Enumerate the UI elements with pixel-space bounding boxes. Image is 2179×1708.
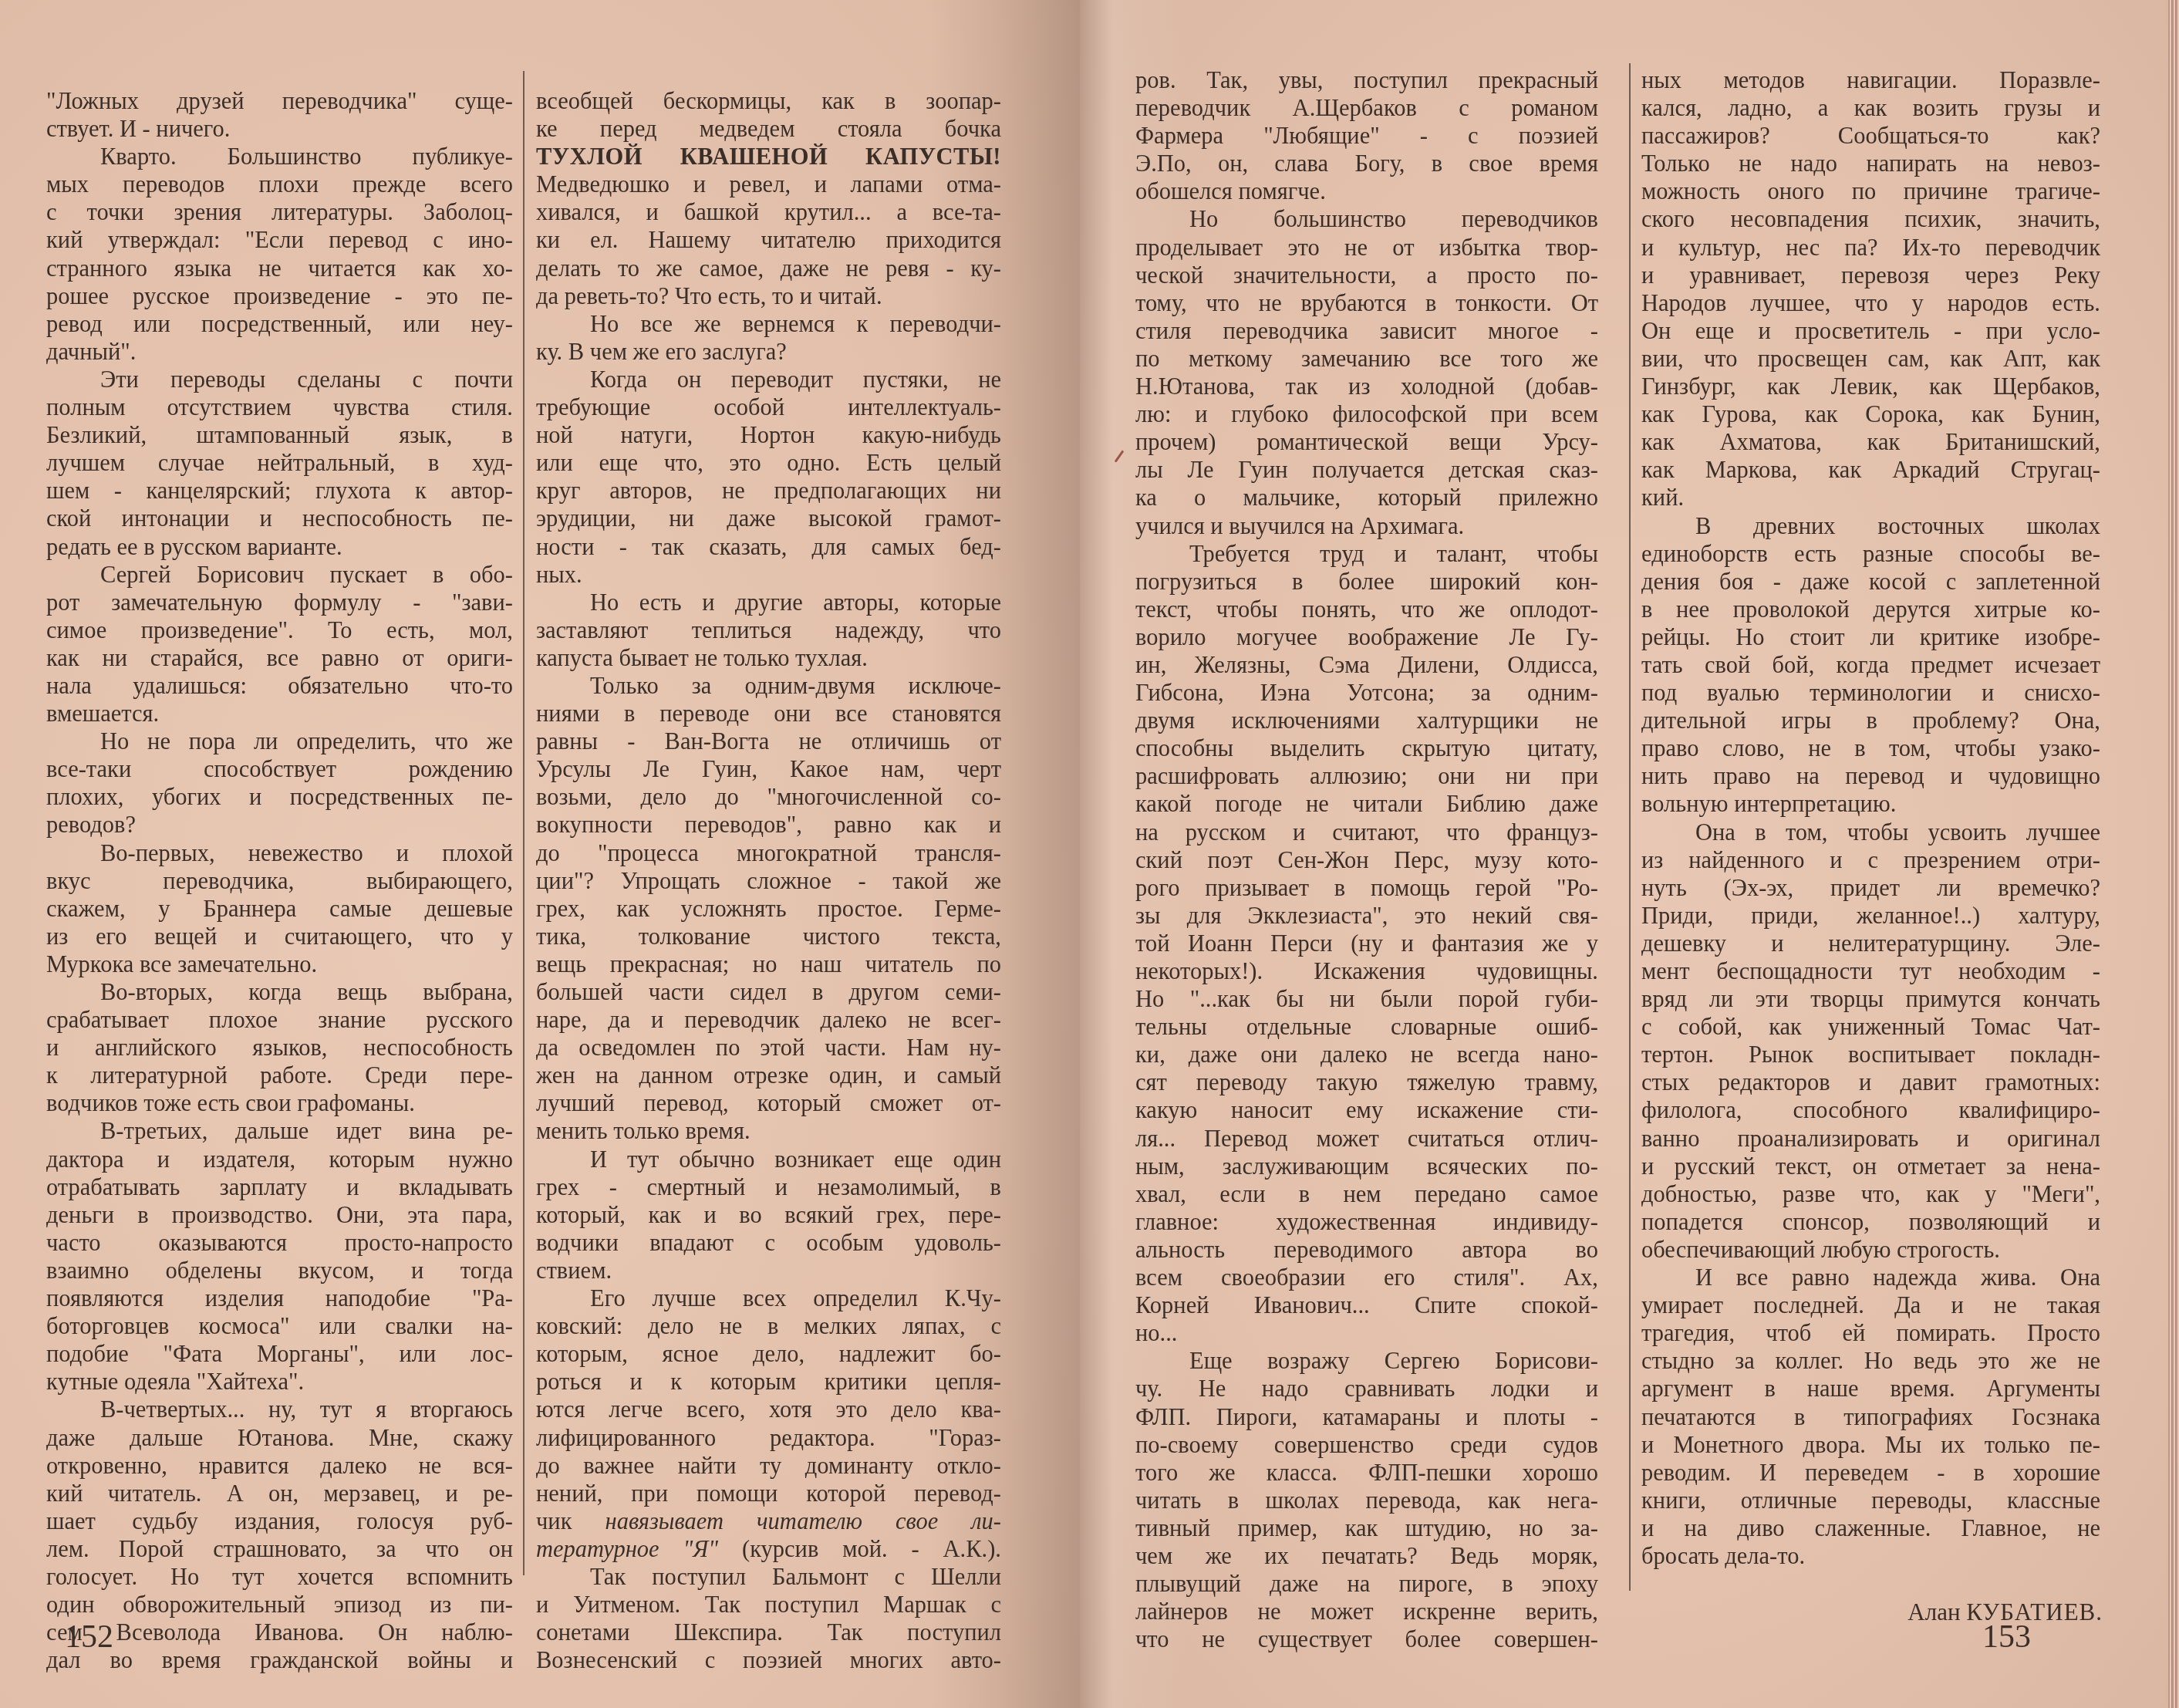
text-line: вряд ли эти творцы примутся кончать <box>1641 985 2100 1013</box>
text-line: альность переводимого автора во <box>1135 1236 1598 1264</box>
text-line: отрабатывать зарплату и вкладывать <box>46 1173 513 1201</box>
text-line: пассажиров? Сообщаться-то как? <box>1641 122 2100 150</box>
text-column-4: ных методов навигации. Поразвле-кался, л… <box>1641 66 2100 1570</box>
text-line: лучшем случае нейтральный, в худ- <box>46 449 513 477</box>
text-line: и Уитменом. Так поступил Маршак с <box>536 1591 1001 1619</box>
text-line: нуть (Эх-эх, придет ли времечко? <box>1641 874 2100 902</box>
text-line: Н.Ютанова, так из холодной (добав- <box>1135 373 1598 400</box>
author-first-name: Алан <box>1907 1598 1960 1625</box>
text-line: право слово, не в том, чтобы узако- <box>1641 734 2100 762</box>
text-line: под вуалью терминологии и снисхо- <box>1641 679 2100 707</box>
text-line: которым, ясное дело, надлежит бо- <box>536 1340 1001 1368</box>
text-line: вольную интерпретацию. <box>1641 790 2100 818</box>
text-line: возьми, дело до "многочисленной со- <box>536 783 1001 811</box>
text-line: в нее проволокой дерутся хитрые ко- <box>1641 596 2100 623</box>
text-line: сем Всеволода Иванова. Он наблю- <box>46 1619 513 1646</box>
text-line: ности - так сказать, для самых бед- <box>536 533 1001 561</box>
text-line: и на диво слаженные. Главное, не <box>1641 1514 2100 1542</box>
text-line: до важнее найти ту доминанту откло- <box>536 1452 1001 1480</box>
text-line: с собой, как униженный Томас Чат- <box>1641 1013 2100 1041</box>
text-line: лем. Порой страшновато, за что он <box>46 1535 513 1563</box>
text-line: ского несовпадения психик, значить, <box>1641 205 2100 233</box>
text-line: ствием. <box>536 1257 1001 1284</box>
text-line: Но есть и другие авторы, которые <box>536 589 1001 616</box>
text-line: погрузиться в более широкий кон- <box>1135 568 1598 596</box>
text-line: лы Ле Гуин получается детская сказ- <box>1135 456 1598 484</box>
text-line: умирает последней. Да и не такая <box>1641 1291 2100 1319</box>
text-line: откровенно, нравится далеко не вся- <box>46 1452 513 1480</box>
text-line: как Маркова, как Аркадий Стругац- <box>1641 456 2100 484</box>
text-line: трагедия, чтоб ей помирать. Просто <box>1641 1319 2100 1347</box>
text-line: ин, Желязны, Сэма Дилени, Олдисса, <box>1135 651 1598 679</box>
text-line: ке перед медведем стояла бочка <box>536 115 1001 143</box>
text-line: который, как и во всякий грех, пере- <box>536 1201 1001 1229</box>
text-line: но... <box>1135 1319 1598 1347</box>
text-line: шает судьбу издания, голосуя руб- <box>46 1507 513 1535</box>
text-line: Но большинство переводчиков <box>1135 205 1598 233</box>
text-line: по-своему совершенство среди судов <box>1135 1431 1598 1459</box>
text-line: ревод или посредственный, или неу- <box>46 310 513 338</box>
text-line: кутные одеяла "Хайтеха". <box>46 1368 513 1396</box>
text-line: лучший перевод, который сможет от- <box>536 1089 1001 1117</box>
text-column-3: ров. Так, увы, поступил прекрасныйперево… <box>1135 66 1598 1653</box>
text-line: ский поэт Сен-Жон Перс, музу кото- <box>1135 846 1598 874</box>
text-line: делать то же самое, даже не ревя - ку- <box>536 255 1001 282</box>
text-line: той Иоанн Перси (ну и фантазия же у <box>1135 930 1598 957</box>
text-line: главное: художественная индивиду- <box>1135 1208 1598 1236</box>
text-line: прочем) романтической вещи Урсу- <box>1135 428 1598 456</box>
text-line: мент беспощадности тут необходим - <box>1641 957 2100 985</box>
text-line: ванно проанализировать и оригинал <box>1641 1125 2100 1153</box>
text-line: Эти переводы сделаны с почти <box>46 366 513 393</box>
text-line: скажем, у Браннера самые дешевые <box>46 895 513 923</box>
text-line: и культур, нес па? Их-то переводчик <box>1641 234 2100 262</box>
text-line: В-четвертых... ну, тут я вторгаюсь <box>46 1396 513 1423</box>
text-line: жен на данном отрезке один, и самый <box>536 1062 1001 1089</box>
text-line: дения боя - даже косой с заплетенной <box>1641 568 2100 596</box>
text-line: большей части сидел в другом семи- <box>536 978 1001 1006</box>
text-line: деньги в производство. Они, эта пара, <box>46 1201 513 1229</box>
text-line: кий утверждал: "Если перевод с ино- <box>46 226 513 254</box>
text-line: странного языка не читается как хо- <box>46 255 513 282</box>
text-line: В древних восточных школах <box>1641 512 2100 540</box>
text-line: вии, что просвещен сам, как Апт, как <box>1641 345 2100 373</box>
text-line: способны выделить скрытую цитату, <box>1135 734 1598 762</box>
text-line: рого призывает в помощь герой "Ро- <box>1135 874 1598 902</box>
text-line: как ни старайся, все равно от ориги- <box>46 644 513 672</box>
text-line: Медведюшко и ревел, и лапами отма- <box>536 170 1001 198</box>
text-line: симое произведение". То есть, мол, <box>46 616 513 644</box>
text-line: плывущий даже на пироге, в эпоху <box>1135 1570 1598 1598</box>
text-line: заставляют теплиться надежду, что <box>536 616 1001 644</box>
text-line: Во-вторых, когда вещь выбрана, <box>46 978 513 1006</box>
text-line: грех, как усложнять простое. Герме- <box>536 895 1001 923</box>
text-line: попадется спонсор, позволяющий и <box>1641 1208 2100 1236</box>
text-line: тельны отдельные словарные ошиб- <box>1135 1013 1598 1041</box>
text-line: шем - канцелярский; глухота к автор- <box>46 477 513 505</box>
text-line: обеспечивающий любую строгость. <box>1641 1236 2100 1264</box>
text-line: Только не надо напирать на невоз- <box>1641 150 2100 177</box>
text-line: тать свой бой, когда предмет исчезает <box>1641 651 2100 679</box>
text-line: дешевку и нелитературщину. Эле- <box>1641 930 2100 957</box>
text-line: как Гурова, как Сорока, как Бунин, <box>1641 400 2100 428</box>
page-number-right: 153 <box>1982 1619 2031 1656</box>
text-line: капуста бывает не только тухлая. <box>536 644 1001 672</box>
text-line: плохих, убогих и посредственных пе- <box>46 783 513 811</box>
text-line: Безликий, штампованный язык, в <box>46 421 513 449</box>
text-line: ки, даже они далеко не всегда нано- <box>1135 1041 1598 1068</box>
text-line: вещь прекрасная; но наш читатель по <box>536 950 1001 978</box>
text-line: до "процесса многократной трансля- <box>536 839 1001 867</box>
text-line: нить право на перевод и чудовищно <box>1641 762 2100 790</box>
text-line: кий читатель. А он, мерзавец, и ре- <box>46 1480 513 1507</box>
text-line: Требуется труд и талант, чтобы <box>1135 540 1598 568</box>
text-line: чик навязывает читателю свое ли- <box>536 1507 1001 1535</box>
text-line: стыдно за коллег. Но ведь это же не <box>1641 1347 2100 1375</box>
text-line: дал во время гражданской войны и <box>46 1646 513 1674</box>
text-line: тивный пример, как штудию, но за- <box>1135 1514 1598 1542</box>
text-line: как Ахматова, как Британишский, <box>1641 428 2100 456</box>
handwritten-pen-mark <box>1115 450 1125 462</box>
text-line: Сергей Борисович пускает в обо- <box>46 561 513 589</box>
text-line: дактора и издателя, которым нужно <box>46 1146 513 1173</box>
text-line: ции"? Упрощать сложное - такой же <box>536 867 1001 895</box>
text-line: Но все же вернемся к переводчи- <box>536 310 1001 338</box>
text-line: ных методов навигации. Поразвле- <box>1641 66 2100 94</box>
text-line: лю: и глубоко философской при всем <box>1135 400 1598 428</box>
book-spread: "Ложных друзей переводчика" суще-ствует.… <box>0 0 2179 1708</box>
column-divider-left <box>523 71 525 1575</box>
text-line: взаимно обделены вкусом, и тогда <box>46 1257 513 1284</box>
text-line: двумя исключениями халтурщики не <box>1135 707 1598 734</box>
text-line: роться и к которым критики цепля- <box>536 1368 1001 1396</box>
text-line: и русский текст, он отметает за нена- <box>1641 1153 2100 1180</box>
text-line: боторговцев космоса" или свалки на- <box>46 1312 513 1340</box>
text-line: ковский: дело не в мелких ляпах, с <box>536 1312 1001 1340</box>
text-line: рейцы. Но стоит ли критике изобре- <box>1641 623 2100 651</box>
text-line: сят переводу такую тяжелую травму, <box>1135 1068 1598 1096</box>
text-line: всем своеобразии его стиля". Ах, <box>1135 1264 1598 1291</box>
text-line: тика, толкование чистого текста, <box>536 923 1001 950</box>
text-line: книги, отличные переводы, классные <box>1641 1487 2100 1514</box>
text-line: срабатывает плохое знание русского <box>46 1006 513 1034</box>
text-line: расшифровать аллюзию; они ни при <box>1135 762 1598 790</box>
text-line: хивался, и башкой крутил... а все-та- <box>536 198 1001 226</box>
right-page: ров. Так, увы, поступил прекрасныйперево… <box>1080 0 2179 1708</box>
text-line: на русском и считают, что француз- <box>1135 819 1598 846</box>
text-line: дительной игры в проблему? Она, <box>1641 707 2100 734</box>
text-line: Только за одним-двумя исключе- <box>536 672 1001 700</box>
text-line: Гинзбург, как Левик, как Щербаков, <box>1641 373 2100 400</box>
text-line: сонетами Шекспира. Так поступил <box>536 1619 1001 1646</box>
text-line: Фармера "Любящие" - с поэзией <box>1135 122 1598 150</box>
text-line: ской интонации и неспособность пе- <box>46 505 513 532</box>
text-line: читать в школах перевода, как нега- <box>1135 1487 1598 1514</box>
text-line: единоборств есть разные способы ве- <box>1641 540 2100 568</box>
text-line: стиля переводчика зависит многое - <box>1135 317 1598 345</box>
text-line: "Ложных друзей переводчика" суще- <box>46 87 513 115</box>
text-line: или еще что, это одно. Есть целый <box>536 449 1001 477</box>
text-line: редать ее в русском варианте. <box>46 533 513 561</box>
text-line: ка о мальчике, который прилежно <box>1135 484 1598 511</box>
text-line: требующие особой интеллектуаль- <box>536 393 1001 421</box>
text-line: того же класса. ФЛП-пешки хорошо <box>1135 1459 1598 1487</box>
text-line: да осведомлен по этой части. Нам ну- <box>536 1034 1001 1062</box>
text-line: рот замечательную формулу - "зави- <box>46 589 513 616</box>
text-line: водчиков тоже есть свои графоманы. <box>46 1089 513 1117</box>
text-line: ческой значительности, а просто по- <box>1135 262 1598 289</box>
text-line: печатаются в типографиях Госзнака <box>1641 1403 2100 1431</box>
text-line: ФЛП. Пироги, катамараны и плоты - <box>1135 1403 1598 1431</box>
text-line: обошелся помягче. <box>1135 177 1598 205</box>
text-line: можность оного по причине трагиче- <box>1641 177 2100 205</box>
text-line: тературное "Я" (курсив мой. - А.К.). <box>536 1535 1001 1563</box>
text-line: нений, при помощи которой перевод- <box>536 1480 1001 1507</box>
text-line: мых переводов плохи прежде всего <box>46 170 513 198</box>
text-line: Но не пора ли определить, что же <box>46 727 513 755</box>
italic-quote: тературное "Я" <box>536 1536 718 1562</box>
text-line: водчики впадают с особым удоволь- <box>536 1229 1001 1257</box>
text-line: все-таки способствует рождению <box>46 755 513 783</box>
text-line: лифицированного редактора. "Гораз- <box>536 1424 1001 1452</box>
text-line: вкус переводчика, выбирающего, <box>46 867 513 895</box>
text-line: эрудиции, ни даже высокой грамот- <box>536 505 1001 532</box>
text-line: всеобщей бескормицы, как в зоопар- <box>536 87 1001 115</box>
text-line: Урсулы Ле Гуин, Какое нам, черт <box>536 755 1001 783</box>
text-line: переводчик А.Щербаков с романом <box>1135 94 1598 122</box>
text-line: ствует. И - ничего. <box>46 115 513 143</box>
text-line: с точки зрения литературы. Заболоц- <box>46 198 513 226</box>
italic-quote: навязывает читателю свое ли- <box>605 1508 1001 1534</box>
text-line: кался, ладно, а как возить грузы и <box>1641 94 2100 122</box>
text-line: Приди, приди, желанное!..) халтуру, <box>1641 902 2100 930</box>
text-line: ворило могучее воображение Ле Гу- <box>1135 623 1598 651</box>
text-line: из найденного и с презрением отри- <box>1641 846 2100 874</box>
text-line: часто оказываются просто-напросто <box>46 1229 513 1257</box>
text-line: зы для Экклезиаста", это некий свя- <box>1135 902 1598 930</box>
column-divider-right <box>1629 63 1631 1591</box>
text-line: ниями в переводе они все становятся <box>536 700 1001 727</box>
text-line: И тут обычно возникает еще один <box>536 1146 1001 1173</box>
text-line: Она в том, чтобы усвоить лучшее <box>1641 819 2100 846</box>
text-line: полным отсутствием чувства стиля. <box>46 393 513 421</box>
text-column-2: всеобщей бескормицы, как в зоопар-ке пер… <box>536 87 1001 1674</box>
text-line: Но "...как бы ни были порой губи- <box>1135 985 1598 1013</box>
text-line: В-третьих, дальше идет вина ре- <box>46 1117 513 1145</box>
page-number-left: 152 <box>65 1619 113 1656</box>
text-line: ной натуги, Нортон какую-нибудь <box>536 421 1001 449</box>
text-line: некоторых!). Искажения чудовищны. <box>1135 957 1598 985</box>
text-line: текст, чтобы понять, что же оплодот- <box>1135 596 1598 623</box>
text-line: стых редакторов и давит грамотных: <box>1641 1068 2100 1096</box>
text-line: Во-первых, невежество и плохой <box>46 839 513 867</box>
text-line: Когда он переводит пустяки, не <box>536 366 1001 393</box>
text-line: кий. <box>1641 484 2100 511</box>
text-line: дачный". <box>46 338 513 366</box>
text-line: вмешается. <box>46 700 513 727</box>
text-line: тому, что не врубаются в тонкости. От <box>1135 289 1598 317</box>
text-line: вокупности переводов", равно как и <box>536 811 1001 839</box>
author-signature: Алан КУБАТИЕВ. <box>1728 1598 2103 1626</box>
text-line: Гибсона, Иэна Уотсона; за одним- <box>1135 679 1598 707</box>
text-line: чу. Не надо сравнивать лодки и <box>1135 1375 1598 1403</box>
text-line: ным, заслуживающим всяческих по- <box>1135 1153 1598 1180</box>
text-line: ТУХЛОЙ КВАШЕНОЙ КАПУСТЫ! <box>536 143 1001 170</box>
left-page: "Ложных друзей переводчика" суще-ствует.… <box>0 0 1080 1708</box>
text-line: ля... Перевод может считаться отлич- <box>1135 1125 1598 1153</box>
text-line: тертон. Рынок воспитывает покладн- <box>1641 1041 2100 1068</box>
text-line: равны - Ван-Вогта не отличишь от <box>536 727 1001 755</box>
text-line: один обворожительный эпизод из пи- <box>46 1591 513 1619</box>
text-line: да реветь-то? Что есть, то и читай. <box>536 282 1001 310</box>
text-line: хвал, если в нем передано самое <box>1135 1180 1598 1208</box>
text-line: и уравнивает, перевозя через Реку <box>1641 262 2100 289</box>
text-line: даже дальше Ютанова. Мне, скажу <box>46 1424 513 1452</box>
text-line: менить только время. <box>536 1117 1001 1145</box>
text-line: ку. В чем же его заслуга? <box>536 338 1001 366</box>
text-line: и Монетного двора. Мы их только пе- <box>1641 1431 2100 1459</box>
text-line: Он еще и просветитель - при усло- <box>1641 317 2100 345</box>
text-line: Вознесенский с поэзией многих авто- <box>536 1646 1001 1674</box>
text-line: учился и выучился на Архимага. <box>1135 512 1598 540</box>
text-line: Муркока все замечательно. <box>46 950 513 978</box>
text-line: чем же их печатать? Ведь моряк, <box>1135 1542 1598 1570</box>
text-line: Кварто. Большинство публикуе- <box>46 143 513 170</box>
text-line: появляются изделия наподобие "Ра- <box>46 1284 513 1312</box>
text-line: какую наносит ему искажение сти- <box>1135 1096 1598 1124</box>
text-line: Корней Иванович... Спите спокой- <box>1135 1291 1598 1319</box>
text-line: подобие "Фата Морганы", или лос- <box>46 1340 513 1368</box>
text-line: что не существует более совершен- <box>1135 1625 1598 1653</box>
text-line: какой погоде не читали Библию даже <box>1135 790 1598 818</box>
text-line: грех - смертный и незамолимый, в <box>536 1173 1001 1201</box>
text-line: по меткому замечанию все того же <box>1135 345 1598 373</box>
text-line: бросать дела-то. <box>1641 1542 2100 1570</box>
text-line: ки ел. Нашему читателю приходится <box>536 226 1001 254</box>
text-line: реводим. И переведем - в хорошие <box>1641 1459 2100 1487</box>
text-line: Э.По, он, слава Богу, в свое время <box>1135 150 1598 177</box>
text-line: Так поступил Бальмонт с Шелли <box>536 1563 1001 1591</box>
text-line: ров. Так, увы, поступил прекрасный <box>1135 66 1598 94</box>
text-line: Народов лучшее, что у народов есть. <box>1641 289 2100 317</box>
text-line: ются легче всего, хотя это дело ква- <box>536 1396 1001 1423</box>
text-line: проделывает это не от избытка твор- <box>1135 234 1598 262</box>
text-line: ных. <box>536 561 1001 589</box>
text-line: нала удалишься: обязательно что-то <box>46 672 513 700</box>
text-line: к литературной работе. Среди пере- <box>46 1062 513 1089</box>
text-line: лайнеров не может искренне верить, <box>1135 1598 1598 1625</box>
text-line: из его вещей и считающего, что у <box>46 923 513 950</box>
text-line: Его лучше всех определил К.Чу- <box>536 1284 1001 1312</box>
text-line: рошее русское произведение - это пе- <box>46 282 513 310</box>
text-line: добностью, разве что, как у "Меги", <box>1641 1180 2100 1208</box>
text-line: и английского языков, неспособность <box>46 1034 513 1062</box>
text-line: наре, да и переводчик далеко не всег- <box>536 1006 1001 1034</box>
text-line: аргумент в наше время. Аргументы <box>1641 1375 2100 1403</box>
text-column-1: "Ложных друзей переводчика" суще-ствует.… <box>46 87 513 1674</box>
text-line: круг авторов, не предполагающих ни <box>536 477 1001 505</box>
text-line: И все равно надежда жива. Она <box>1641 1264 2100 1291</box>
text-line: филолога, способного квалифициро- <box>1641 1096 2100 1124</box>
text-line: голосует. Но тут хочется вспомнить <box>46 1563 513 1591</box>
text-line: реводов? <box>46 811 513 839</box>
text-line: Еще возражу Сергею Борисови- <box>1135 1347 1598 1375</box>
